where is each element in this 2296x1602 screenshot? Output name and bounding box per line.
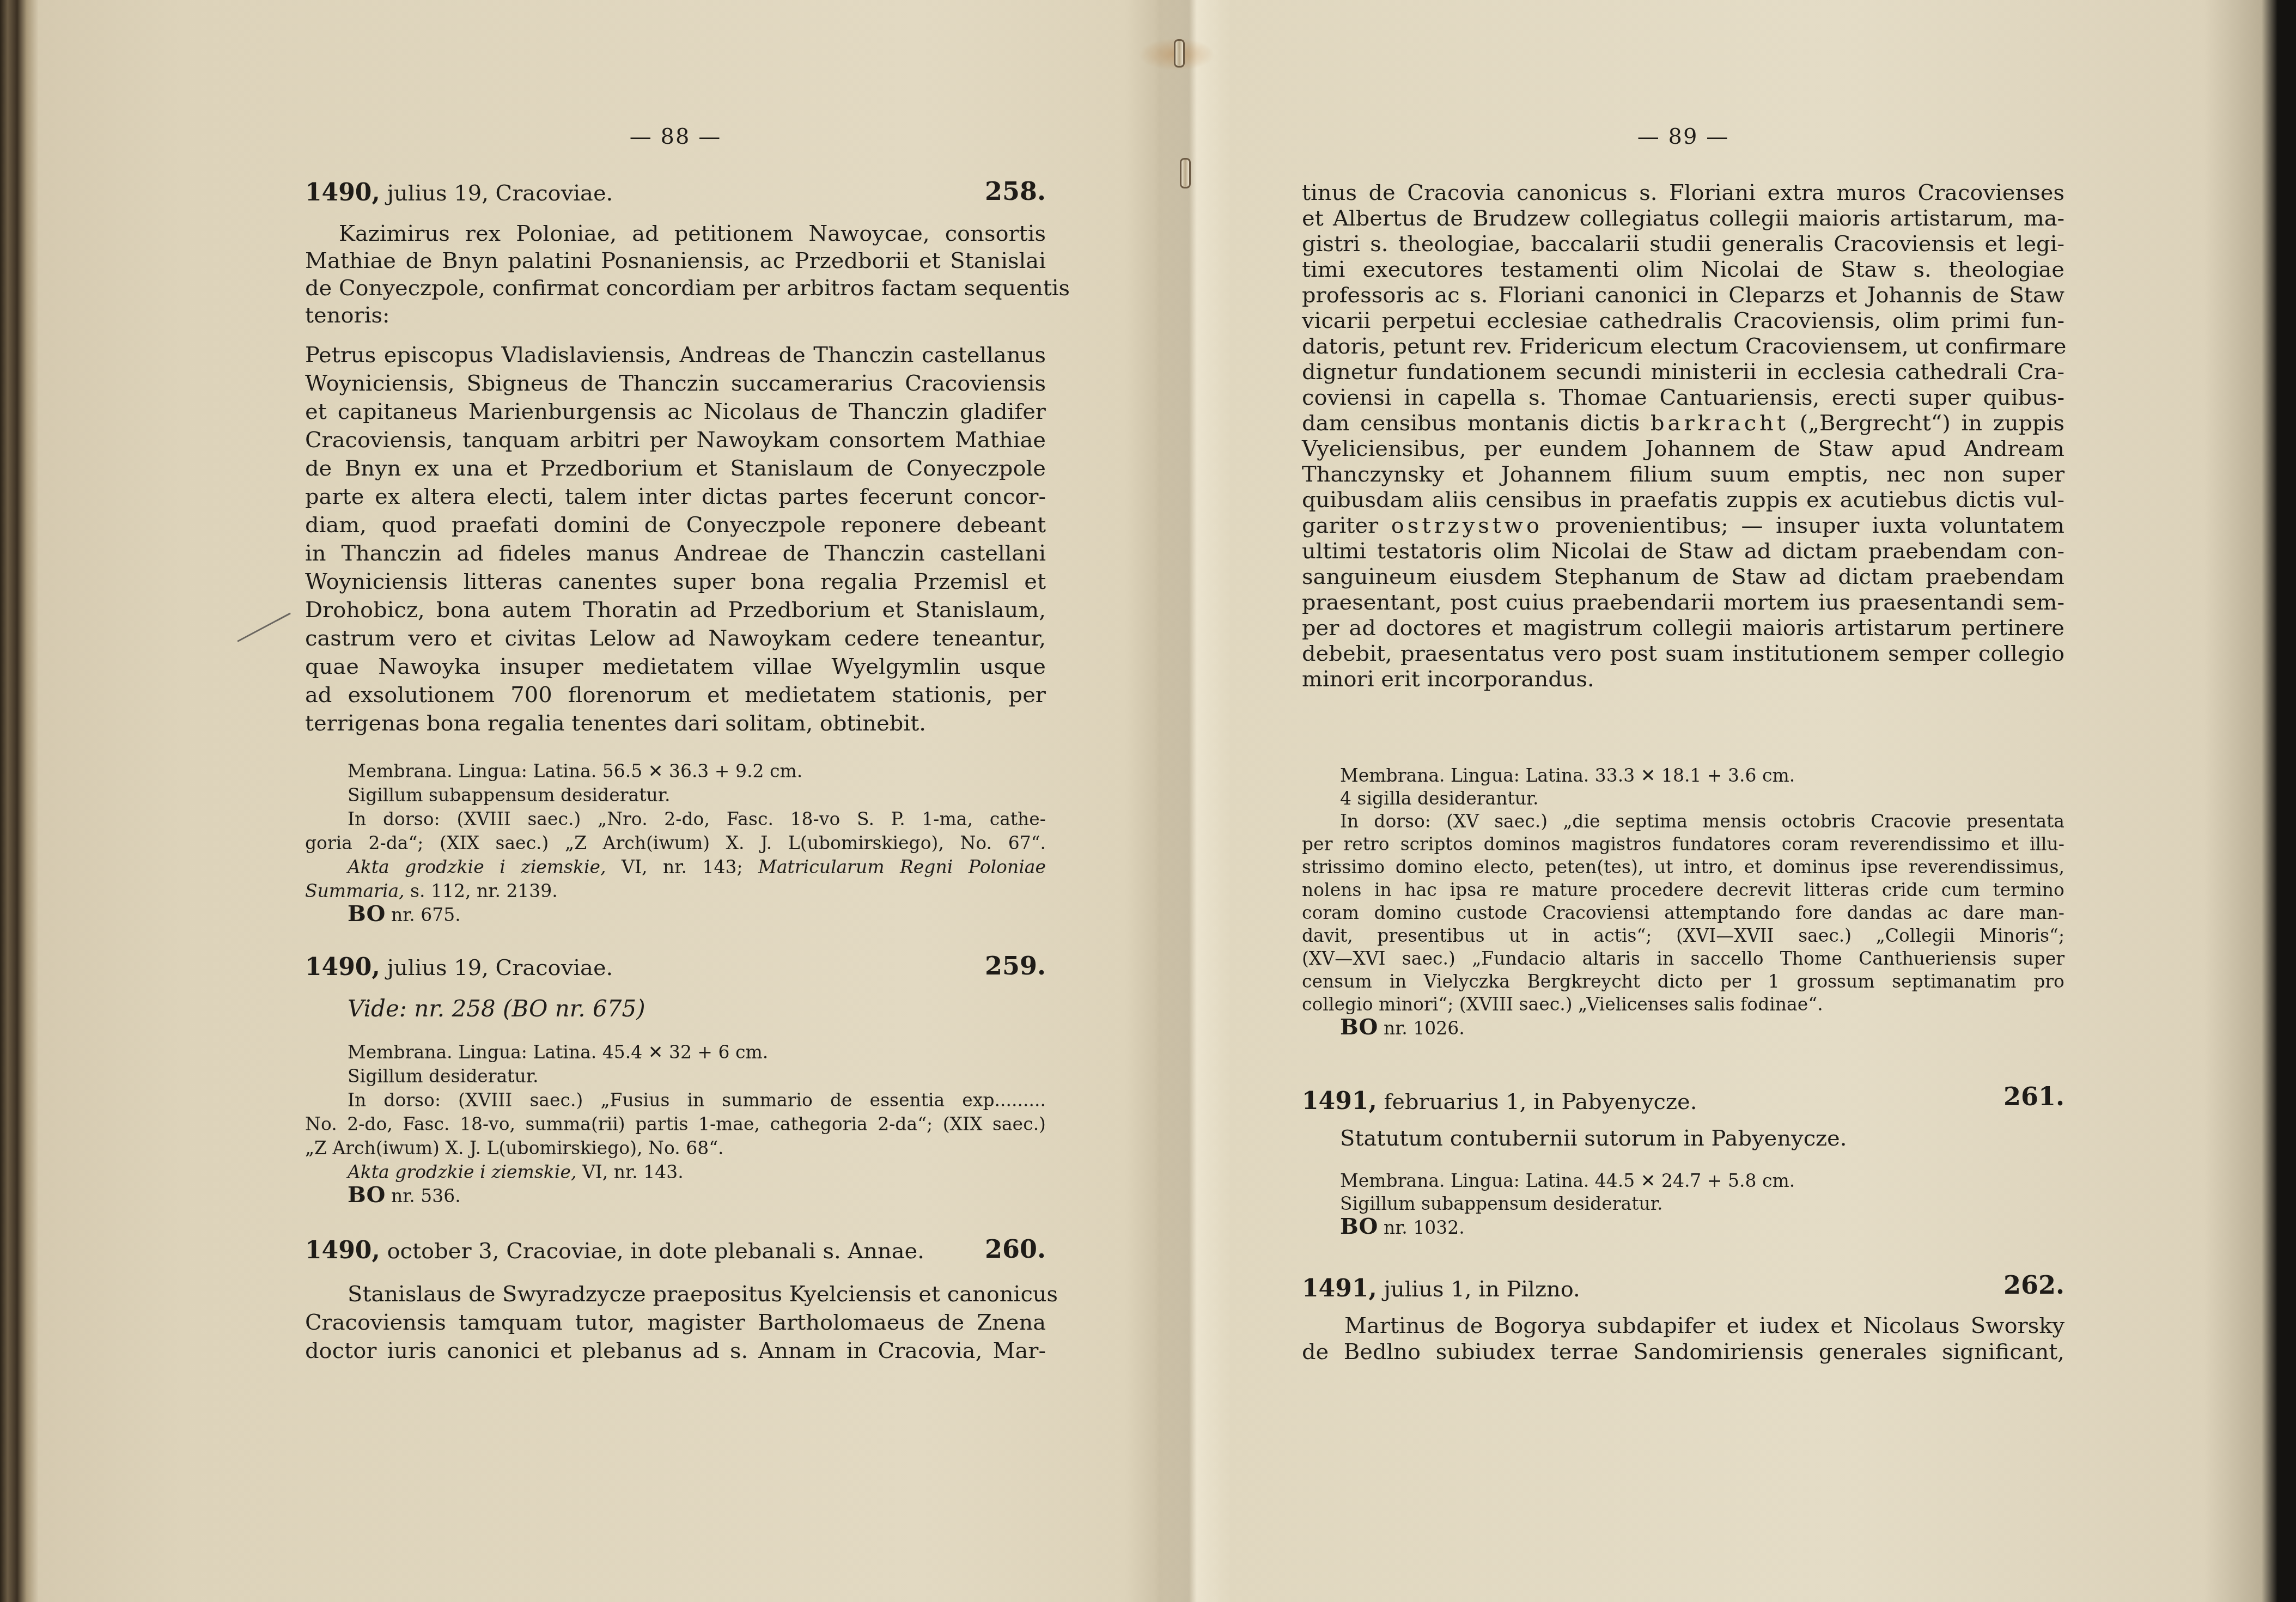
- page-number: — 89 —: [1302, 124, 2064, 149]
- note-dorso: strissimo domino electo, peten(tes), ut …: [1302, 856, 2064, 878]
- entry-year: 1491,: [1302, 1087, 1377, 1115]
- bo-number: nr. 675.: [385, 904, 460, 925]
- text-line: quibusdam aliis censibus in praefatis zu…: [1302, 487, 2064, 513]
- text-line: Woyniciensis litteras canentes super bon…: [305, 569, 1046, 595]
- text-line: coviensi in capella s. Thomae Cantuarien…: [1302, 385, 2064, 411]
- text-line: minori erit incorporandus.: [1302, 666, 1594, 692]
- note-membrana: Membrana. Lingua: Latina. 44.5 ✕ 24.7 + …: [1340, 1170, 1795, 1192]
- bo-number: nr. 536.: [385, 1185, 460, 1207]
- text-line: dam censibus montanis dictis barkracht (…: [1302, 410, 2064, 436]
- note-bo: BO nr. 536.: [348, 1184, 461, 1207]
- entry-heading: 1490, october 3, Cracoviae, in dote pleb…: [305, 1238, 924, 1264]
- entry-year: 1490,: [305, 1236, 380, 1264]
- entry-heading: 1491, februarius 1, in Pabyenycze.: [1302, 1088, 1697, 1115]
- note-dorso: „Z Arch(iwum) X. J. L(ubomirskiego), No.…: [305, 1137, 724, 1159]
- note-dorso: In dorso: (XVIII saec.) „Fusius in summa…: [305, 1089, 1046, 1111]
- entry-place-date: october 3, Cracoviae, in dote plebanali …: [380, 1239, 924, 1264]
- spaced-term: ostrzystwo: [1391, 513, 1543, 538]
- entry-number: 262.: [2003, 1270, 2064, 1300]
- note-dorso: davit, presentibus ut in actis“; (XVI—XV…: [1302, 925, 2064, 947]
- text-fragment: dam censibus montanis dictis: [1302, 411, 1651, 436]
- entry-year: 1491,: [1302, 1275, 1377, 1302]
- reference-detail: s. 112, nr. 2139.: [405, 880, 558, 901]
- entry-place-date: julius 19, Cracoviae.: [380, 955, 613, 980]
- text-line: gariter ostrzystwo provenientibus; — ins…: [1302, 513, 2064, 539]
- entry-heading: 1490, julius 19, Cracoviae.: [305, 954, 613, 981]
- note-dorso: coram domino custode Cracoviensi attempt…: [1302, 902, 2064, 924]
- summary-line: tenoris:: [305, 302, 390, 328]
- text-line: et capitaneus Marienburgensis ac Nicolau…: [305, 399, 1046, 425]
- bo-number: nr. 1026.: [1378, 1018, 1464, 1039]
- binding-thread-bottom: [1180, 158, 1191, 188]
- note-dorso: censum in Vielyczka Bergkreycht dicto pe…: [1302, 971, 2064, 992]
- spaced-term: barkracht: [1651, 411, 1789, 436]
- summary-line: Mathiae de Bnyn palatini Posnaniensis, a…: [305, 248, 1046, 274]
- bo-label: BO: [348, 901, 385, 927]
- note-bo: BO nr. 1032.: [1340, 1216, 1465, 1239]
- reference-title: Akta grodzkie i ziemskie,: [348, 856, 606, 878]
- text-line: Thanczynsky et Johannem filium suum empt…: [1302, 461, 2064, 488]
- bo-label: BO: [1340, 1214, 1378, 1239]
- text-fragment: provenientibus; — insuper iuxta voluntat…: [1543, 513, 2064, 538]
- note-membrana: Membrana. Lingua: Latina. 45.4 ✕ 32 + 6 …: [348, 1041, 768, 1063]
- text-line: per ad doctores et magistrum collegii ma…: [1302, 615, 2064, 641]
- cross-reference: Vide: nr. 258 (BO nr. 675): [348, 996, 645, 1022]
- text-line: dignetur fundationem secundi ministerii …: [1302, 359, 2064, 385]
- entry-place-date: julius 19, Cracoviae.: [380, 181, 613, 206]
- text-line: sanguineum eiusdem Stephanum de Staw ad …: [1302, 564, 2064, 590]
- text-fragment: gariter: [1302, 513, 1391, 538]
- text-line: parte ex altera electi, talem inter dict…: [305, 484, 1046, 510]
- note-sigillum: Sigillum subappensum desideratur.: [348, 784, 670, 806]
- page-89: — 89 — tinus de Cracovia canonicus s. Fl…: [1302, 0, 2064, 1602]
- text-line: terrigenas bona regalia tenentes dari so…: [305, 710, 926, 736]
- page-88: — 88 — 1490, julius 19, Cracoviae. 258. …: [305, 0, 1046, 1602]
- entry-number: 261.: [2003, 1082, 2064, 1111]
- note-dorso: collegio minori“; (XVIII saec.) „Vielice…: [1302, 994, 1823, 1015]
- text-line: praesentant, post cuius praebendarii mor…: [1302, 589, 2064, 616]
- note-bo: BO nr. 1026.: [1340, 1016, 1465, 1039]
- text-line: ad exsolutionem 700 florenorum et mediet…: [305, 682, 1046, 708]
- text-line: Martinus de Bogorya subdapifer et iudex …: [1302, 1313, 2064, 1339]
- reference-title: Summaria,: [305, 880, 405, 901]
- note-membrana: Membrana. Lingua: Latina. 56.5 ✕ 36.3 + …: [348, 760, 802, 782]
- text-line: ultimi testatoris olim Nicolai de Staw a…: [1302, 538, 2064, 564]
- entry-number: 259.: [985, 951, 1046, 980]
- book-edge-left: [0, 0, 38, 1602]
- entry-place-date: julius 1, in Pilzno.: [1377, 1277, 1580, 1302]
- note-reference: Akta grodzkie i ziemskie, VI, nr. 143.: [348, 1161, 684, 1183]
- text-line: Woyniciensis, Sbigneus de Thanczin succa…: [305, 370, 1046, 397]
- note-sigillum: 4 sigilla desiderantur.: [1340, 788, 1539, 809]
- text-line: doctor iuris canonici et plebanus ad s. …: [305, 1338, 1046, 1364]
- binding-thread-top: [1174, 39, 1185, 68]
- entry-place-date: februarius 1, in Pabyenycze.: [1377, 1089, 1697, 1114]
- note-dorso: In dorso: (XVIII saec.) „Nro. 2-do, Fasc…: [305, 808, 1046, 830]
- summary-line: Kazimirus rex Poloniae, ad petitionem Na…: [305, 221, 1046, 247]
- note-reference: Akta grodzkie i ziemskie, VI, nr. 143; M…: [305, 856, 1046, 878]
- entry-number: 260.: [985, 1234, 1046, 1264]
- summary-line: de Conyeczpole, confirmat concordiam per…: [305, 275, 1046, 301]
- text-line: diam, quod praefati domini de Conyeczpol…: [305, 512, 1046, 538]
- text-line: gistri s. theologiae, baccalarii studii …: [1302, 231, 2064, 257]
- text-line: quae Nawoyka insuper medietatem villae W…: [305, 654, 1046, 680]
- note-dorso: per retro scriptos dominos magistros fun…: [1302, 833, 2064, 855]
- text-line: Cracoviensis, tanquam arbitri per Nawoyk…: [305, 427, 1046, 453]
- reference-detail: VI, nr. 143;: [606, 856, 759, 878]
- bo-label: BO: [348, 1182, 385, 1208]
- text-line: professoris ac s. Floriani canonici in C…: [1302, 282, 2064, 308]
- note-sigillum: Sigillum subappensum desideratur.: [1340, 1193, 1662, 1215]
- entry-year: 1490,: [305, 179, 380, 206]
- note-sigillum: Sigillum desideratur.: [348, 1065, 538, 1087]
- text-line: in Thanczin ad fideles manus Andreae de …: [305, 540, 1046, 567]
- text-line: debebit, praesentatus vero post suam ins…: [1302, 641, 2064, 667]
- text-line: Stanislaus de Swyradzycze praepositus Ky…: [305, 1281, 1046, 1307]
- text-fragment: („Bergrecht“) in zuppis: [1789, 411, 2064, 436]
- bo-label: BO: [1340, 1014, 1378, 1040]
- text-line: Drohobicz, bona autem Thoratin ad Przedb…: [305, 597, 1046, 623]
- text-line: castrum vero et civitas Lelow ad Nawoyka…: [305, 625, 1046, 651]
- text-line: tinus de Cracovia canonicus s. Floriani …: [1302, 180, 2064, 206]
- reference-title: Akta grodzkie i ziemskie,: [348, 1161, 576, 1183]
- note-membrana: Membrana. Lingua: Latina. 33.3 ✕ 18.1 + …: [1340, 765, 1795, 787]
- entry-heading: 1491, julius 1, in Pilzno.: [1302, 1276, 1580, 1302]
- note-dorso: goria 2-da“; (XIX saec.) „Z Arch(iwum) X…: [305, 832, 1046, 854]
- page-number: — 88 —: [305, 124, 1046, 149]
- note-dorso: No. 2-do, Fasc. 18-vo, summa(rii) partis…: [305, 1113, 1046, 1135]
- reference-title: Matricularum Regni Poloniae: [758, 856, 1046, 878]
- note-dorso: (XV—XVI saec.) „Fundacio altaris in sacc…: [1302, 948, 2064, 970]
- text-line: vicarii perpetui ecclesiae cathedralis C…: [1302, 308, 2064, 334]
- note-dorso: In dorso: (XV saec.) „die septima mensis…: [1302, 811, 2064, 832]
- text-line: de Bedlno subiudex terrae Sandomiriensis…: [1302, 1339, 2064, 1365]
- entry-year: 1490,: [305, 953, 380, 981]
- reference-detail: VI, nr. 143.: [576, 1161, 683, 1183]
- note-bo: BO nr. 675.: [348, 903, 461, 926]
- entry-heading: 1490, julius 19, Cracoviae.: [305, 180, 613, 206]
- text-line: Vyeliciensibus, per eundem Johannem de S…: [1302, 436, 2064, 462]
- entry-summary: Statutum contubernii sutorum in Pabyenyc…: [1340, 1125, 1847, 1152]
- text-line: timi executores testamenti olim Nicolai …: [1302, 257, 2064, 283]
- note-dorso: nolens in hac ipsa re mature procedere d…: [1302, 879, 2064, 901]
- text-line: et Albertus de Brudzew collegiatus colle…: [1302, 205, 2064, 232]
- text-line: Petrus episcopus Vladislaviensis, Andrea…: [305, 342, 1046, 368]
- text-line: Cracoviensis tamquam tutor, magister Bar…: [305, 1309, 1046, 1336]
- text-line: de Bnyn ex una et Przedborium et Stanisl…: [305, 455, 1046, 482]
- bo-number: nr. 1032.: [1378, 1217, 1464, 1238]
- note-reference: Summaria, s. 112, nr. 2139.: [305, 880, 558, 902]
- book-gutter: [1155, 0, 1231, 1602]
- entry-number: 258.: [985, 176, 1046, 206]
- text-line: datoris, petunt rev. Fridericum electum …: [1302, 333, 2064, 360]
